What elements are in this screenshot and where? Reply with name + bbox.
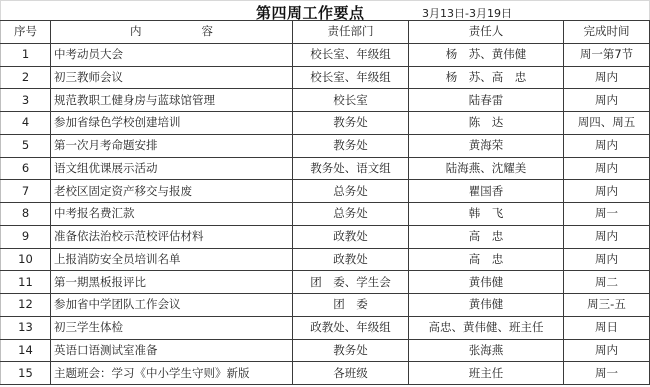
cell-department[interactable]: 校长室、年级组 [293,43,409,66]
cell-seq[interactable]: 8 [1,203,51,226]
cell-time[interactable]: 周四、周五 [564,112,650,135]
title-row: 第四周工作要点 3月13日-3月19日 [0,0,650,21]
cell-department[interactable]: 团 委、学生会 [293,271,409,294]
header-time[interactable]: 完成时间 [564,21,650,44]
cell-time[interactable]: 周日 [564,316,650,339]
cell-content[interactable]: 准备依法治校示范校评估材料 [51,225,293,248]
table-row: 7 老校区固定资产移交与报废 总务处 瞿国香 周内 [1,180,650,203]
table-row: 9 准备依法治校示范校评估材料 政教处 高 忠 周内 [1,225,650,248]
cell-seq[interactable]: 7 [1,180,51,203]
cell-content[interactable]: 参加省绿色学校创建培训 [51,112,293,135]
work-plan-table: 序号 内容 责任部门 责任人 完成时间 1 中考动员大会 校长室、年级组 杨 苏… [0,20,650,385]
header-seq[interactable]: 序号 [1,21,51,44]
table-row: 6 语文组优课展示活动 教务处、语文组 陆海燕、沈耀美 周内 [1,157,650,180]
cell-time[interactable]: 周三-五 [564,294,650,317]
cell-person[interactable]: 陈 达 [409,112,564,135]
cell-department[interactable]: 教务处、语文组 [293,157,409,180]
cell-department[interactable]: 政教处 [293,225,409,248]
cell-content[interactable]: 规范教职工健身房与蓝球馆管理 [51,89,293,112]
cell-seq[interactable]: 6 [1,157,51,180]
cell-person[interactable]: 瞿国香 [409,180,564,203]
table-row: 5 第一次月考命题安排 教务处 黄海荣 周内 [1,134,650,157]
table-row: 12 参加省中学团队工作会议 团 委 黄伟健 周三-五 [1,294,650,317]
cell-content[interactable]: 中考动员大会 [51,43,293,66]
cell-person[interactable]: 高忠、黄伟健、班主任 [409,316,564,339]
cell-time[interactable]: 周内 [564,339,650,362]
cell-seq[interactable]: 10 [1,248,51,271]
cell-seq[interactable]: 2 [1,66,51,89]
cell-seq[interactable]: 4 [1,112,51,135]
cell-seq[interactable]: 14 [1,339,51,362]
cell-department[interactable]: 政教处 [293,248,409,271]
table-row: 2 初三教师会议 校长室、年级组 杨 苏、高 忠 周内 [1,66,650,89]
cell-time[interactable]: 周内 [564,89,650,112]
cell-department[interactable]: 教务处 [293,134,409,157]
cell-content[interactable]: 第一次月考命题安排 [51,134,293,157]
cell-person[interactable]: 陆海燕、沈耀美 [409,157,564,180]
cell-time[interactable]: 周二 [564,271,650,294]
header-content-part1: 内 [130,24,142,38]
cell-person[interactable]: 杨 苏、黄伟健 [409,43,564,66]
cell-person[interactable]: 杨 苏、高 忠 [409,66,564,89]
cell-person[interactable]: 陆春雷 [409,89,564,112]
cell-person[interactable]: 班主任 [409,362,564,385]
cell-time[interactable]: 周内 [564,66,650,89]
cell-content[interactable]: 英语口语测试室准备 [51,339,293,362]
cell-content[interactable]: 语文组优课展示活动 [51,157,293,180]
cell-content[interactable]: 初三教师会议 [51,66,293,89]
cell-department[interactable]: 政教处、年级组 [293,316,409,339]
cell-time[interactable]: 周内 [564,157,650,180]
spreadsheet-sheet: 第四周工作要点 3月13日-3月19日 序号 内容 责任部门 责任人 完成时间 … [0,0,650,387]
cell-time[interactable]: 周一 [564,203,650,226]
cell-content[interactable]: 老校区固定资产移交与报废 [51,180,293,203]
header-content[interactable]: 内容 [51,21,293,44]
table-row: 13 初三学生体检 政教处、年级组 高忠、黄伟健、班主任 周日 [1,316,650,339]
table-row: 3 规范教职工健身房与蓝球馆管理 校长室 陆春雷 周内 [1,89,650,112]
cell-content[interactable]: 第一期黑板报评比 [51,271,293,294]
cell-department[interactable]: 总务处 [293,180,409,203]
table-row: 10 上报消防安全员培训名单 政教处 高 忠 周内 [1,248,650,271]
cell-person[interactable]: 高 忠 [409,248,564,271]
cell-time[interactable]: 周一 [564,362,650,385]
cell-time[interactable]: 周内 [564,248,650,271]
cell-content[interactable]: 参加省中学团队工作会议 [51,294,293,317]
header-person[interactable]: 责任人 [409,21,564,44]
date-range: 3月13日-3月19日 [422,5,512,21]
cell-seq[interactable]: 15 [1,362,51,385]
cell-seq[interactable]: 13 [1,316,51,339]
cell-department[interactable]: 校长室 [293,89,409,112]
cell-seq[interactable]: 5 [1,134,51,157]
cell-content[interactable]: 初三学生体检 [51,316,293,339]
cell-person[interactable]: 黄伟健 [409,294,564,317]
cell-department[interactable]: 团 委 [293,294,409,317]
cell-time[interactable]: 周一第7节 [564,43,650,66]
cell-department[interactable]: 总务处 [293,203,409,226]
header-content-part2: 容 [202,24,214,38]
cell-seq[interactable]: 12 [1,294,51,317]
cell-seq[interactable]: 9 [1,225,51,248]
cell-time[interactable]: 周内 [564,134,650,157]
cell-content[interactable]: 中考报名费汇款 [51,203,293,226]
table-row: 15 主题班会：学习《中小学生守则》新版 各班级 班主任 周一 [1,362,650,385]
cell-time[interactable]: 周内 [564,225,650,248]
cell-seq[interactable]: 11 [1,271,51,294]
table-row: 4 参加省绿色学校创建培训 教务处 陈 达 周四、周五 [1,112,650,135]
cell-person[interactable]: 张海燕 [409,339,564,362]
table-row: 14 英语口语测试室准备 教务处 张海燕 周内 [1,339,650,362]
cell-content[interactable]: 主题班会：学习《中小学生守则》新版 [51,362,293,385]
cell-person[interactable]: 韩 飞 [409,203,564,226]
cell-person[interactable]: 黄伟健 [409,271,564,294]
header-department[interactable]: 责任部门 [293,21,409,44]
table-row: 8 中考报名费汇款 总务处 韩 飞 周一 [1,203,650,226]
cell-content[interactable]: 上报消防安全员培训名单 [51,248,293,271]
cell-department[interactable]: 教务处 [293,339,409,362]
table-row: 1 中考动员大会 校长室、年级组 杨 苏、黄伟健 周一第7节 [1,43,650,66]
cell-seq[interactable]: 1 [1,43,51,66]
cell-department[interactable]: 校长室、年级组 [293,66,409,89]
header-row: 序号 内容 责任部门 责任人 完成时间 [1,21,650,44]
cell-department[interactable]: 各班级 [293,362,409,385]
cell-person[interactable]: 高 忠 [409,225,564,248]
cell-department[interactable]: 教务处 [293,112,409,135]
cell-seq[interactable]: 3 [1,89,51,112]
cell-person[interactable]: 黄海荣 [409,134,564,157]
cell-time[interactable]: 周内 [564,180,650,203]
table-row: 11 第一期黑板报评比 团 委、学生会 黄伟健 周二 [1,271,650,294]
